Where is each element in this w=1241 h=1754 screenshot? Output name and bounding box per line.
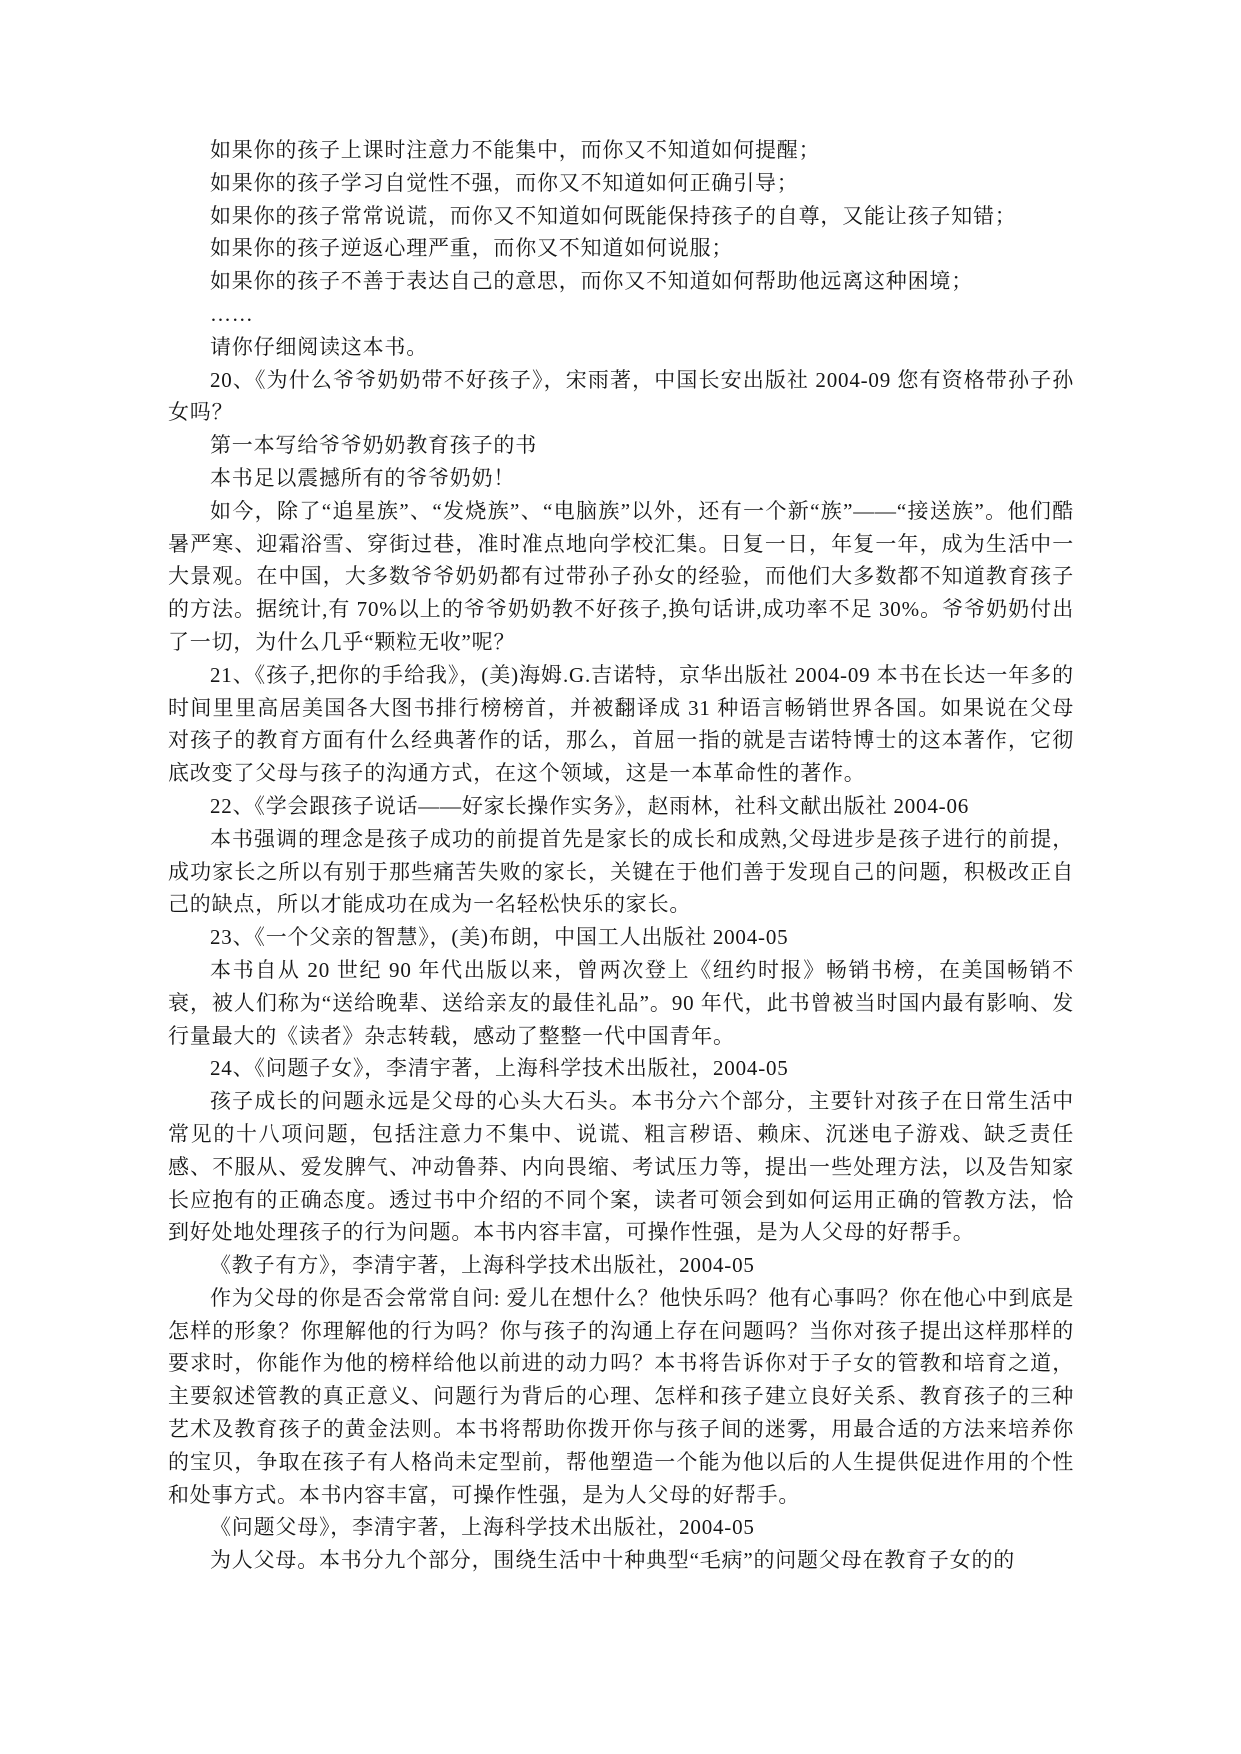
paragraph-9: 第一本写给爷爷奶奶教育孩子的书 — [168, 429, 1074, 462]
paragraph-11: 如今，除了“追星族”、“发烧族”、“电脑族”以外，还有一个新“族”——“接送族”… — [168, 495, 1074, 659]
paragraph-12: 21、《孩子,把你的手给我》，(美)海姆.G.吉诺特，京华出版社 2004-09… — [168, 659, 1074, 790]
paragraph-14: 本书强调的理念是孩子成功的前提首先是家长的成长和成熟,父母进步是孩子进行的前提，… — [168, 823, 1074, 921]
paragraph-20: 作为父母的你是否会常常自问: 爱儿在想什么？他快乐吗？他有心事吗？你在他心中到底… — [168, 1282, 1074, 1512]
paragraph-15: 23、《一个父亲的智慧》，(美)布朗，中国工人出版社 2004-05 — [168, 921, 1074, 954]
paragraph-1: 如果你的孩子上课时注意力不能集中，而你又不知道如何提醒； — [168, 134, 1074, 167]
document-content: 如果你的孩子上课时注意力不能集中，而你又不知道如何提醒；如果你的孩子学习自觉性不… — [168, 134, 1074, 1577]
document-page: 如果你的孩子上课时注意力不能集中，而你又不知道如何提醒；如果你的孩子学习自觉性不… — [0, 0, 1241, 1754]
paragraph-8: 20、《为什么爷爷奶奶带不好孩子》，宋雨著，中国长安出版社 2004-09 您有… — [168, 364, 1074, 430]
paragraph-10: 本书足以震撼所有的爷爷奶奶！ — [168, 462, 1074, 495]
paragraph-13: 22、《学会跟孩子说话——好家长操作实务》，赵雨林，社科文献出版社 2004-0… — [168, 790, 1074, 823]
paragraph-6: …… — [168, 298, 1074, 331]
paragraph-4: 如果你的孩子逆返心理严重，而你又不知道如何说服； — [168, 232, 1074, 265]
paragraph-2: 如果你的孩子学习自觉性不强，而你又不知道如何正确引导； — [168, 167, 1074, 200]
paragraph-17: 24、《问题子女》，李清宇著，上海科学技术出版社，2004-05 — [168, 1052, 1074, 1085]
paragraph-7: 请你仔细阅读这本书。 — [168, 331, 1074, 364]
paragraph-3: 如果你的孩子常常说谎，而你又不知道如何既能保持孩子的自尊，又能让孩子知错； — [168, 200, 1074, 233]
paragraph-18: 孩子成长的问题永远是父母的心头大石头。本书分六个部分，主要针对孩子在日常生活中常… — [168, 1085, 1074, 1249]
paragraph-21: 《问题父母》，李清宇著，上海科学技术出版社，2004-05 — [168, 1511, 1074, 1544]
paragraph-19: 《教子有方》，李清宇著，上海科学技术出版社，2004-05 — [168, 1249, 1074, 1282]
paragraph-5: 如果你的孩子不善于表达自己的意思，而你又不知道如何帮助他远离这种困境； — [168, 265, 1074, 298]
paragraph-16: 本书自从 20 世纪 90 年代出版以来，曾两次登上《纽约时报》畅销书榜，在美国… — [168, 954, 1074, 1052]
paragraph-22: 为人父母。本书分九个部分，围绕生活中十种典型“毛病”的问题父母在教育子女的的 — [168, 1544, 1074, 1577]
